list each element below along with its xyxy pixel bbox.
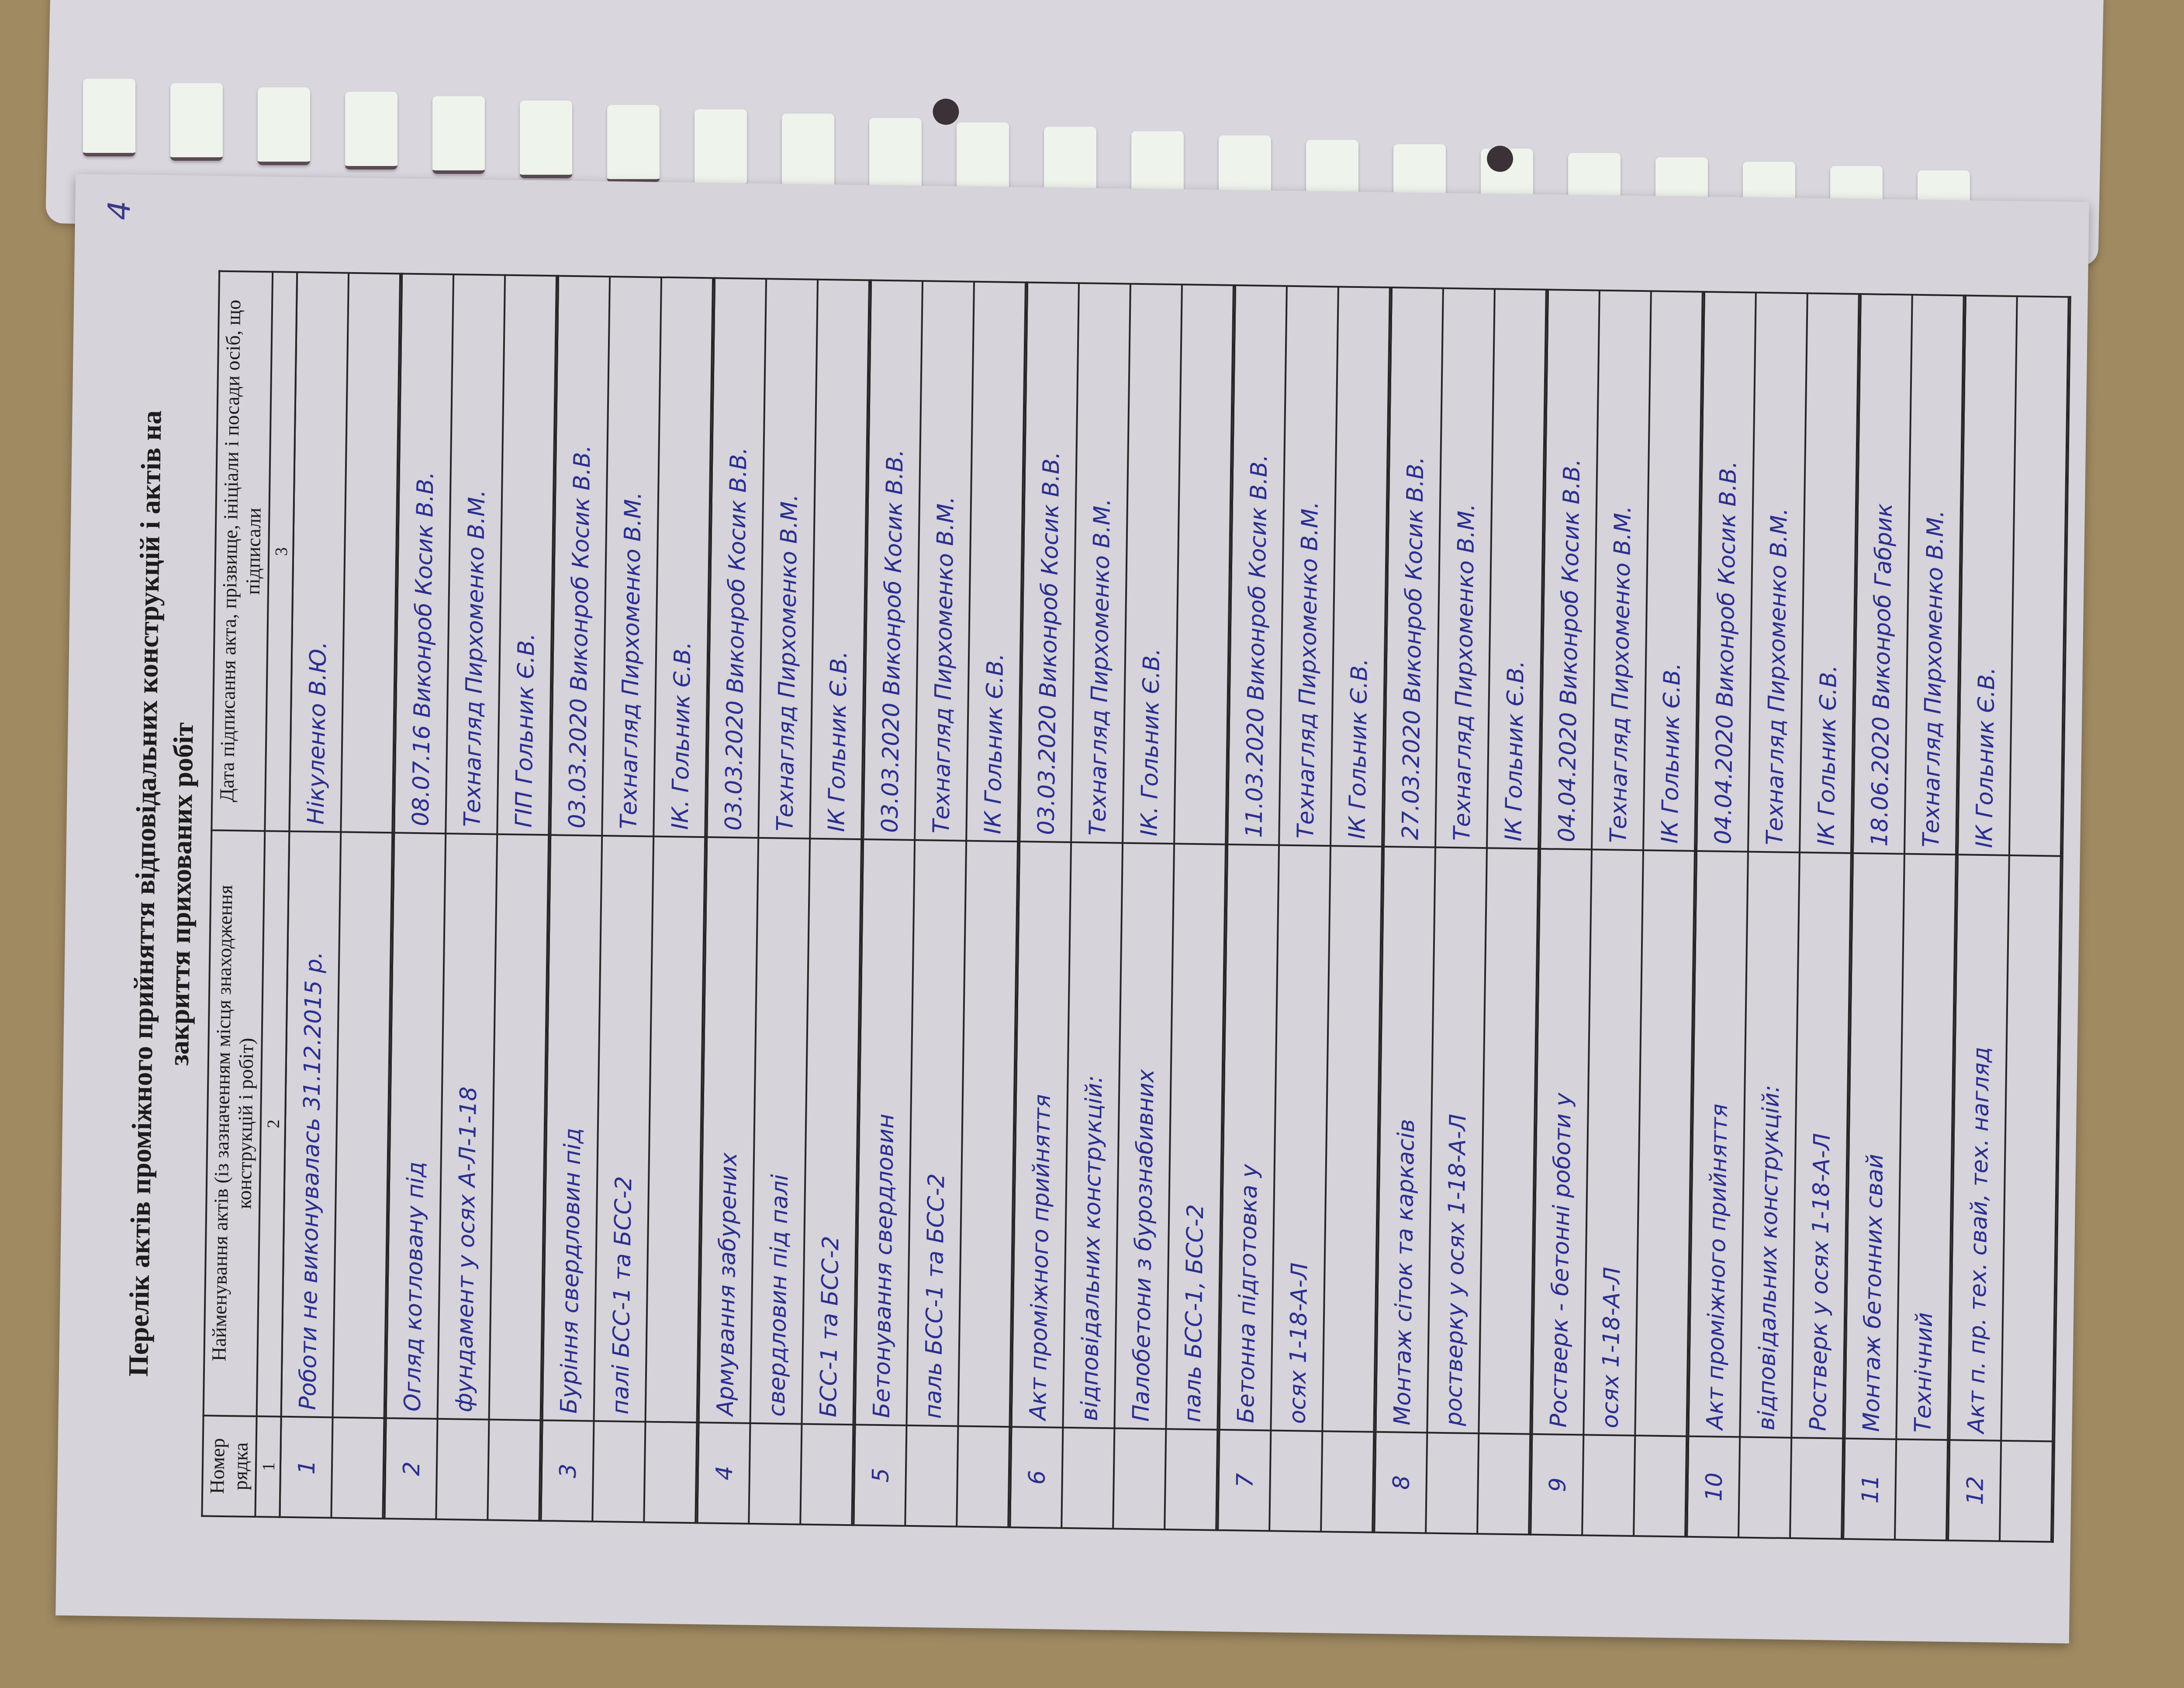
cell-act-name-line: фундамент у осях А-Л-1-18: [439, 841, 498, 1413]
cell-row-number: 5: [854, 1425, 1011, 1527]
cell-signature-line: 08.07.16 Виконроб Косик В.В.: [395, 280, 454, 827]
journal-page: 4 Перелік актів проміжного прийняття від…: [55, 174, 2089, 1643]
cell-signature-line: Технагляд Пирхоменко В.М.: [1280, 293, 1339, 839]
cell-signature-line: Нікуленко В.Ю.: [290, 279, 349, 825]
cell-act-name-line: відповідальних конструкцій:: [1064, 849, 1123, 1422]
binding-ring: [432, 96, 485, 174]
cell-signature-line: Технагляд Пирхоменко В.М.: [760, 286, 819, 832]
cell-signature-line: Технагляд Пирхоменко В.М.: [1593, 297, 1652, 844]
col-number: 1: [256, 1416, 281, 1517]
header-row-number: Номер рядка: [202, 1415, 257, 1517]
cell-signature-line: ІК Гольник Є.В.: [1644, 298, 1703, 844]
cell-act-name: Акт проміжного прийняттявідповідальних к…: [1012, 841, 1228, 1430]
binding-ring: [782, 114, 834, 191]
cell-signature-line: Технагляд Пирхоменко В.М.: [1436, 295, 1495, 841]
page-title: Перелік актів проміжного прийняття відпо…: [118, 271, 208, 1517]
cell-signature-line: Технагляд Пирхоменко В.М.: [1749, 300, 1808, 846]
cell-signature: 03.03.2020 Виконроб Косик В.В.Технагляд …: [1019, 282, 1235, 844]
cell-act-name-line: осях 1-18-А-Л: [1585, 857, 1644, 1429]
cell-signature: 04.04.2020 Виконроб Косик В.В.Технагляд …: [1697, 292, 1861, 853]
cell-act-name-line: палі БСС-1 та БСС-2: [595, 843, 654, 1415]
table-row: 9Ростверк - бетонні роботи уосях 1-18-А-…: [1531, 290, 1704, 1537]
table-row: 1Роботи не виконувалась 31.12.2015 р.Нік…: [280, 272, 402, 1519]
cell-act-name-line: Буріння свердловин під: [543, 842, 603, 1414]
table-row: 6Акт проміжного прийняттявідповідальних …: [1010, 282, 1235, 1530]
cell-signature-line: 04.04.2020 Виконроб Косик В.В.: [1697, 299, 1756, 845]
cell-act-name-line: Акт проміжного прийняття: [1013, 848, 1072, 1421]
header-signature: Дата підписання акта, прізвище, ініціали…: [212, 271, 273, 831]
cell-act-name: Акт п. пр. тех. свай, тех. нагляд: [1949, 854, 2063, 1441]
cell-signature-line: 04.04.2020 Виконроб Косик В.В.: [1541, 297, 1600, 843]
cell-signature-line: ІК Гольник Є.В.: [968, 289, 1026, 835]
table-row: 4Армування забуренихсвердловин під паліБ…: [697, 278, 871, 1525]
cell-act-name: Роботи не виконувалась 31.12.2015 р.: [281, 831, 394, 1418]
cell-signature-line: Технагляд Пирхоменко В.М.: [447, 281, 506, 827]
cell-act-name-line: Монтаж бетонних свай: [1846, 860, 1905, 1432]
cell-signature-line: Технагляд Пирхоменко В.М.: [603, 284, 662, 830]
cell-signature: 27.03.2020 Виконроб Косик В.В.Технагляд …: [1384, 287, 1548, 849]
page-number: 4: [101, 201, 138, 221]
cell-signature-line: 03.03.2020 Виконроб Косик В.В.: [864, 287, 923, 833]
table-row: 5Бетонування свердловинпаль БСС-1 та БСС…: [854, 280, 1027, 1527]
binding-ring: [695, 109, 747, 187]
cell-act-name-line: паль БСС-1 та БСС-2: [908, 847, 967, 1419]
binding-ring: [258, 87, 310, 165]
cell-signature: 03.03.2020 Виконроб Косик В.В.Технагляд …: [550, 276, 715, 837]
cell-signature-line: ГІП Гольник Є.В.: [498, 282, 557, 828]
acts-table: Номер рядка Найменування актів (із зазна…: [201, 270, 2071, 1543]
rotated-content: 4 Перелік актів проміжного прийняття від…: [55, 174, 2089, 1643]
binding-ring: [520, 100, 572, 178]
cell-row-number: 11: [1843, 1439, 1949, 1540]
cell-act-name: Акт проміжного прийняттявідповідальних к…: [1688, 851, 1853, 1439]
cell-row-number: 2: [385, 1418, 543, 1521]
cell-act-name-line: Палобетони з бурознабивних: [1116, 850, 1175, 1422]
cell-signature-line: ІК Гольник Є.В.: [1488, 296, 1547, 842]
page-content: Перелік актів проміжного прийняття відпо…: [118, 271, 2071, 1543]
cell-act-name: Буріння свердловин підпалі БСС-1 та БСС-…: [543, 835, 707, 1422]
cell-row-number: 6: [1010, 1427, 1219, 1530]
cell-act-name-line: осях 1-18-А-Л: [1272, 852, 1331, 1425]
cell-act-name: Ростверк - бетонні роботи уосях 1-18-А-Л: [1532, 849, 1697, 1436]
binding-ring: [869, 118, 922, 196]
binding-ring: [345, 92, 397, 169]
cell-signature-line: ІК. Гольник Є.В.: [655, 284, 714, 830]
cell-row-number: 10: [1687, 1436, 1845, 1539]
cell-signature: 04.04.2020 Виконроб Косик В.В.Технагляд …: [1540, 290, 1704, 851]
cell-signature-line: 03.03.2020 Виконроб Косик В.В.: [708, 285, 767, 831]
cell-act-name: Огляд котловану підфундамент у осях А-Л-…: [386, 833, 551, 1420]
cell-signature-line: Технагляд Пирхоменко В.М.: [1905, 302, 1964, 848]
cell-row-number: 7: [1218, 1430, 1375, 1532]
cell-signature: 03.03.2020 Виконроб Косик В.В.Технагляд …: [863, 280, 1027, 841]
binding-ring: [170, 83, 223, 161]
cell-signature-line: 11.03.2020 Виконроб Косик В.В.: [1228, 292, 1287, 838]
cell-act-name-line: Акт проміжного прийняття: [1690, 858, 1749, 1430]
cell-signature: ІК Гольник Є.В.: [1958, 295, 2070, 856]
cell-signature-line: ІК Гольник Є.В.: [1800, 300, 1859, 846]
cell-signature-line: ІК Гольник Є.В.: [1331, 294, 1390, 840]
cell-act-name-line: Ростверк у осях 1-18-А-Л: [1793, 859, 1852, 1432]
cell-act-name-line: Бетонування свердловин: [856, 846, 916, 1418]
table-row: 2Огляд котловану підфундамент у осях А-Л…: [385, 273, 559, 1521]
cell-act-name-line: Бетонна підготовка у: [1220, 851, 1280, 1424]
cell-signature-line: Технагляд Пирхоменко В.М.: [1072, 290, 1131, 836]
cell-signature-line: 03.03.2020 Виконроб Косик В.В.: [552, 283, 611, 829]
cell-act-name: Бетонна підготовка уосях 1-18-А-Л: [1220, 844, 1384, 1432]
header-act-name: Найменування актів (із зазначенням місця…: [204, 830, 265, 1416]
cell-act-name-line: свердловин під палі: [751, 845, 811, 1417]
cell-signature: 08.07.16 Виконроб Косик В.В.Технагляд Пи…: [394, 273, 558, 835]
cell-signature: Нікуленко В.Ю.: [289, 272, 402, 833]
table-row: 3Буріння свердловин підпалі БСС-1 та БСС…: [541, 276, 715, 1523]
cell-act-name-line: Роботи не виконувалась 31.12.2015 р.: [282, 838, 342, 1411]
table-row: 8Монтаж сіток та каркасівростверку у ося…: [1374, 287, 1548, 1535]
cell-act-name: Армування забуренихсвердловин під паліБС…: [699, 837, 864, 1425]
cell-act-name-line: відповідальних конструкцій:: [1741, 859, 1800, 1431]
binding-ring: [83, 79, 135, 156]
binding-ring: [607, 105, 660, 183]
cell-act-name-line: ростверку у осях 1-18-А-Л: [1428, 854, 1488, 1427]
cell-signature-line: ІК Гольник Є.В.: [1959, 302, 2018, 848]
cell-row-number: 9: [1531, 1434, 1688, 1537]
cell-signature-line: 03.03.2020 Виконроб Косик В.В.: [1021, 289, 1080, 835]
cell-row-number: 4: [697, 1422, 855, 1525]
cell-signature: 03.03.2020 Виконроб Косик В.В.Технагляд …: [707, 278, 871, 839]
cell-act-name-line: Монтаж сіток та каркасів: [1377, 854, 1436, 1426]
cell-act-name-line: Армування забурених: [700, 844, 759, 1416]
cell-act-name-line: паль БСС-1, БСС-2: [1167, 851, 1227, 1423]
cell-row-number: 1: [280, 1417, 386, 1519]
cell-row-number: 12: [1948, 1440, 2054, 1542]
cell-signature: 11.03.2020 Виконроб Косик В.В.Технагляд …: [1227, 285, 1392, 847]
cell-signature-line: 18.06.2020 Виконроб Габрик: [1854, 301, 1913, 847]
table-row: 11Монтаж бетонних свайТехнічний18.06.202…: [1843, 294, 1966, 1540]
cell-row-number: 3: [541, 1420, 698, 1523]
cell-signature: 18.06.2020 Виконроб ГабрикТехнагляд Пирх…: [1853, 294, 1966, 854]
cell-act-name-line: Технічний: [1897, 861, 1957, 1433]
table-row: 12Акт п. пр. тех. свай, тех. наглядІК Го…: [1948, 295, 2070, 1542]
cell-act-name: Монтаж бетонних свайТехнічний: [1845, 853, 1958, 1440]
cell-act-name: Монтаж сіток та каркасівростверку у осях…: [1375, 847, 1540, 1434]
cell-signature-line: ІК Гольник Є.В.: [811, 287, 870, 833]
cell-signature-line: ІК. Гольник Є.В.: [1123, 291, 1182, 837]
table-row: 10Акт проміжного прийняттявідповідальних…: [1687, 292, 1861, 1539]
cell-row-number: 8: [1374, 1432, 1532, 1535]
cell-signature-line: Технагляд Пирхоменко В.М.: [916, 288, 975, 834]
cell-signature-line: 27.03.2020 Виконроб Косик В.В.: [1385, 294, 1444, 841]
cell-act-name-line: БСС-1 та БСС-2: [803, 846, 862, 1418]
cell-act-name-line: Акт п. пр. тех. свай, тех. нагляд: [1951, 861, 2010, 1434]
table-row: 7Бетонна підготовка уосях 1-18-А-Л11.03.…: [1218, 285, 1392, 1532]
cell-act-name-line: Ростверк - бетонні роботи у: [1533, 856, 1593, 1428]
cell-act-name: Бетонування свердловинпаль БСС-1 та БСС-…: [855, 839, 1020, 1427]
cell-act-name-line: Огляд котловану під: [387, 840, 446, 1412]
